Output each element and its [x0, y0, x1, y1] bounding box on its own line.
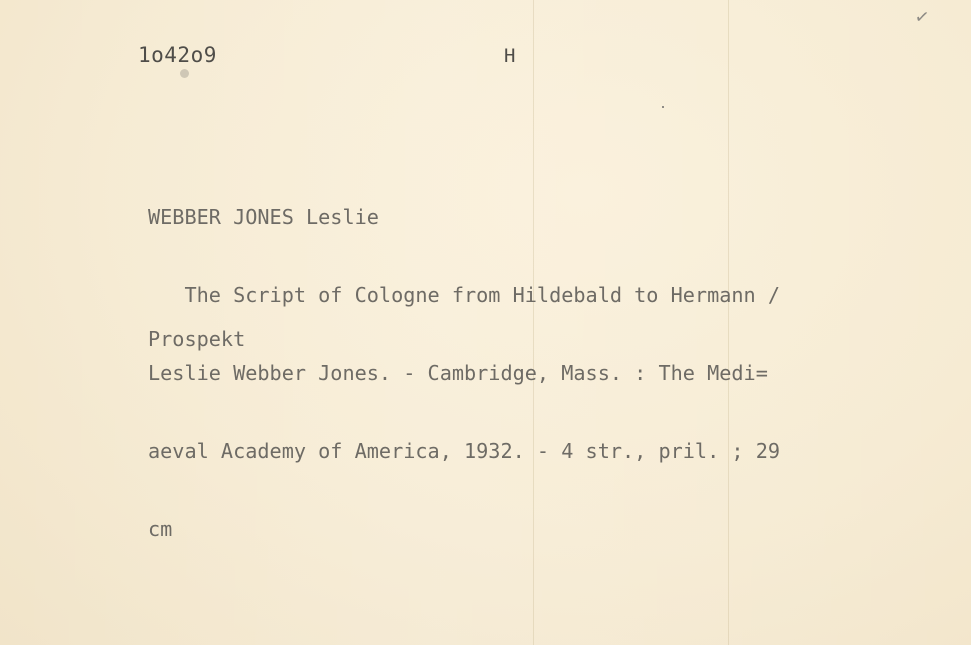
- author-heading: WEBBER JONES Leslie: [148, 204, 780, 230]
- description-line: Leslie Webber Jones. - Cambridge, Mass. …: [148, 360, 780, 386]
- ink-dot: [662, 106, 664, 108]
- check-mark-icon: ✓: [914, 3, 929, 28]
- bibliographic-entry: WEBBER JONES Leslie The Script of Cologn…: [148, 152, 780, 594]
- call-number: 1o42o9: [138, 43, 217, 67]
- letter-code: H: [504, 45, 515, 67]
- catalog-card: ✓ 1o42o9 H WEBBER JONES Leslie The Scrip…: [0, 0, 971, 645]
- card-note: Prospekt: [148, 327, 245, 351]
- description-line: aeval Academy of America, 1932. - 4 str.…: [148, 438, 780, 464]
- ink-smudge: [180, 69, 189, 78]
- description-line: The Script of Cologne from Hildebald to …: [148, 282, 780, 308]
- description-line: cm: [148, 516, 780, 542]
